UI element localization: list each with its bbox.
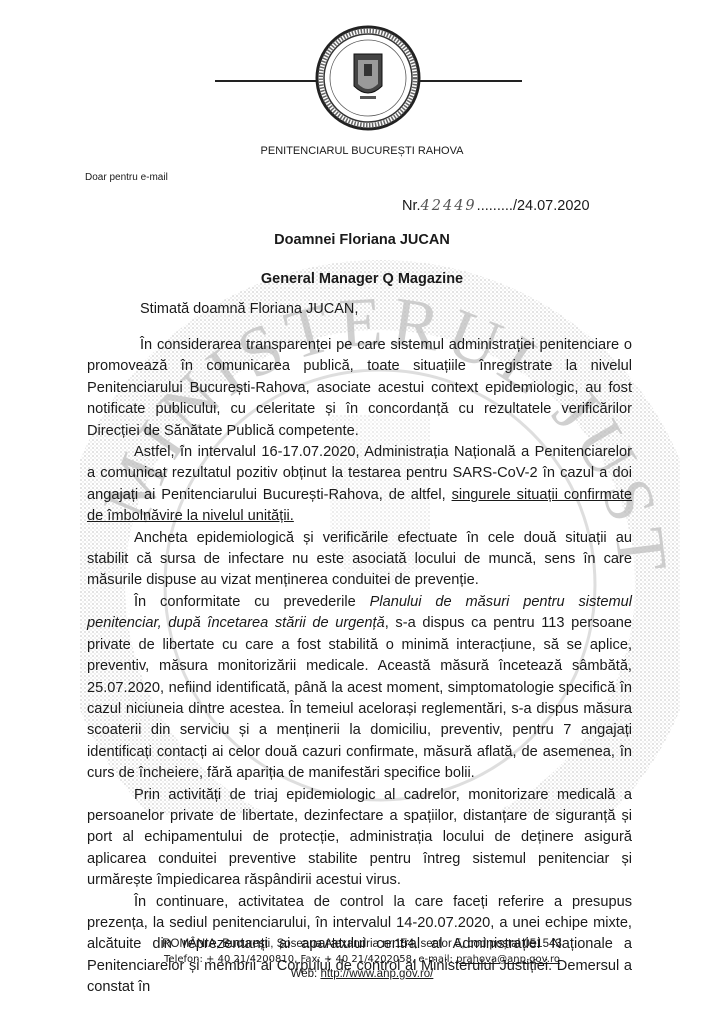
body-paragraph: Astfel, în intervalul 16-17.07.2020, Adm… xyxy=(87,442,632,528)
paragraph-segment: În considerarea transparenței pe care si… xyxy=(87,337,632,439)
paragraph-segment: În conformitate cu prevederile xyxy=(134,594,370,610)
registration-date: /24.07.2020 xyxy=(513,198,590,214)
body-paragraph: În considerarea transparenței pe care si… xyxy=(87,335,632,442)
footer-contact-text: Telefon: + 40 21/4200810, Fax: + 40 21/4… xyxy=(164,954,456,965)
registration-number: Nr.42449........./24.07.2020 xyxy=(402,198,590,214)
paragraph-segment: Prin activități de triaj epidemiologic a… xyxy=(87,787,632,889)
addressee-role: General Manager Q Magazine xyxy=(0,271,724,287)
distribution-note: Doar pentru e-mail xyxy=(85,172,168,183)
body-paragraph: Prin activități de triaj epidemiologic a… xyxy=(87,785,632,892)
registration-handwritten-number: 42449 xyxy=(421,198,477,214)
footer-contact: Telefon: + 40 21/4200810, Fax: + 40 21/4… xyxy=(0,952,724,967)
footer-email-link[interactable]: prahova@anp.gov.ro xyxy=(456,954,560,965)
footer-web: Web: http://www.anp.gov.ro/ xyxy=(0,967,724,982)
body-paragraph: În conformitate cu prevederile Planului … xyxy=(87,592,632,785)
letter-footer: ROMÂNIA, București, Șoseaua Alexandria n… xyxy=(0,937,724,982)
registration-dots: ......... xyxy=(477,198,513,214)
paragraph-segment: , s-a dispus ca pentru 113 persoane priv… xyxy=(87,615,632,781)
registration-prefix: Nr. xyxy=(402,198,421,214)
addressee: Doamnei Floriana JUCAN xyxy=(0,232,724,248)
footer-address: ROMÂNIA, București, Șoseaua Alexandria n… xyxy=(0,937,724,952)
footer-web-link[interactable]: http://www.anp.gov.ro/ xyxy=(320,968,433,980)
salutation: Stimată doamnă Floriana JUCAN, xyxy=(140,301,358,317)
institution-name: PENITENCIARUL BUCUREȘTI RAHOVA xyxy=(0,145,724,157)
ministry-seal-icon xyxy=(314,24,422,132)
paragraph-segment: Ancheta epidemiologică și verificările e… xyxy=(87,530,632,589)
letter-body: În considerarea transparenței pe care si… xyxy=(87,335,632,999)
letter-page: MINISTERUL JUSTIȚIEI PENITENCIARUL BUCUR… xyxy=(0,0,724,1024)
footer-web-label: Web: xyxy=(291,968,321,980)
body-paragraph: Ancheta epidemiologică și verificările e… xyxy=(87,528,632,592)
